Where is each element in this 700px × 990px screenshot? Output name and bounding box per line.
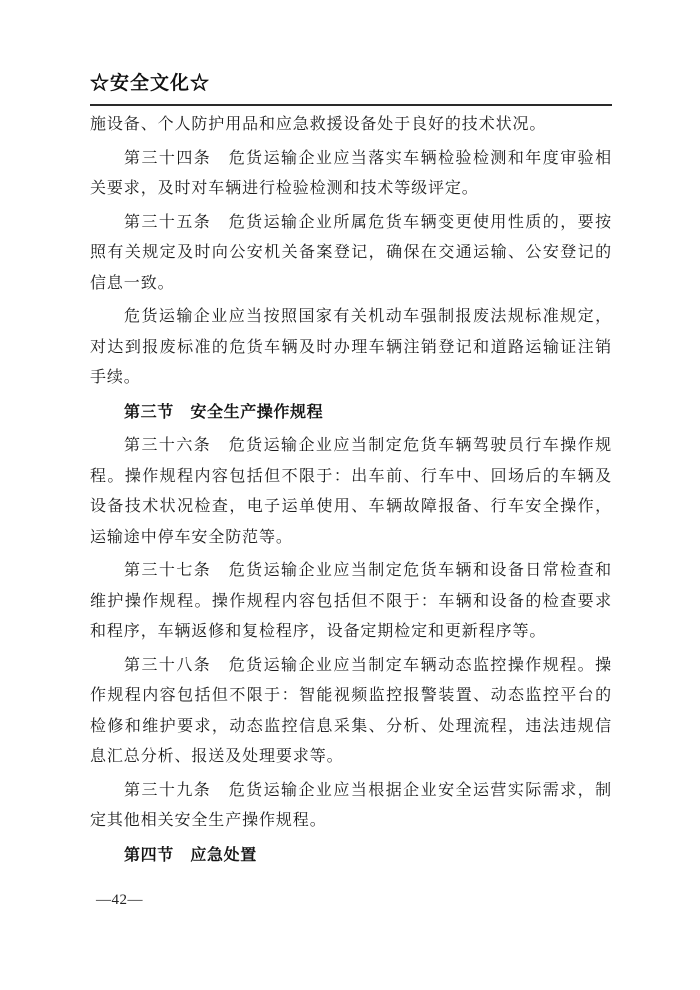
section-heading: 第四节 应急处置 <box>90 841 612 872</box>
page-number: —42— <box>96 892 143 909</box>
paragraph: 第三十九条 危货运输企业应当根据企业安全运营实际需求，制定其他相关安全生产操作规… <box>90 776 612 837</box>
page-header: ☆安全文化☆ <box>90 72 612 114</box>
paragraph: 第三十七条 危货运输企业应当制定危货车辆和设备日常检查和维护操作规程。操作规程内… <box>90 556 612 648</box>
paragraph: 第三十四条 危货运输企业应当落实车辆检验检测和年度审验相关要求，及时对车辆进行检… <box>90 144 612 205</box>
header-rule-divider <box>90 104 612 106</box>
paragraph: 第三十六条 危货运输企业应当制定危货车辆驾驶员行车操作规程。操作规程内容包括但不… <box>90 431 612 553</box>
header-title: ☆安全文化☆ <box>90 72 612 96</box>
paragraph: 危货运输企业应当按照国家有关机动车强制报废法规标准规定，对达到报废标准的危货车辆… <box>90 302 612 394</box>
document-body: 施设备、个人防护用品和应急救援设备处于良好的技术状况。第三十四条 危货运输企业应… <box>90 110 612 874</box>
section-heading: 第三节 安全生产操作规程 <box>90 398 612 429</box>
paragraph: 第三十八条 危货运输企业应当制定车辆动态监控操作规程。操作规程内容包括但不限于：… <box>90 651 612 773</box>
paragraph: 第三十五条 危货运输企业所属危货车辆变更使用性质的，要按照有关规定及时向公安机关… <box>90 208 612 300</box>
paragraph: 施设备、个人防护用品和应急救援设备处于良好的技术状况。 <box>90 110 612 141</box>
document-page: ☆安全文化☆ 施设备、个人防护用品和应急救援设备处于良好的技术状况。第三十四条 … <box>0 0 700 990</box>
